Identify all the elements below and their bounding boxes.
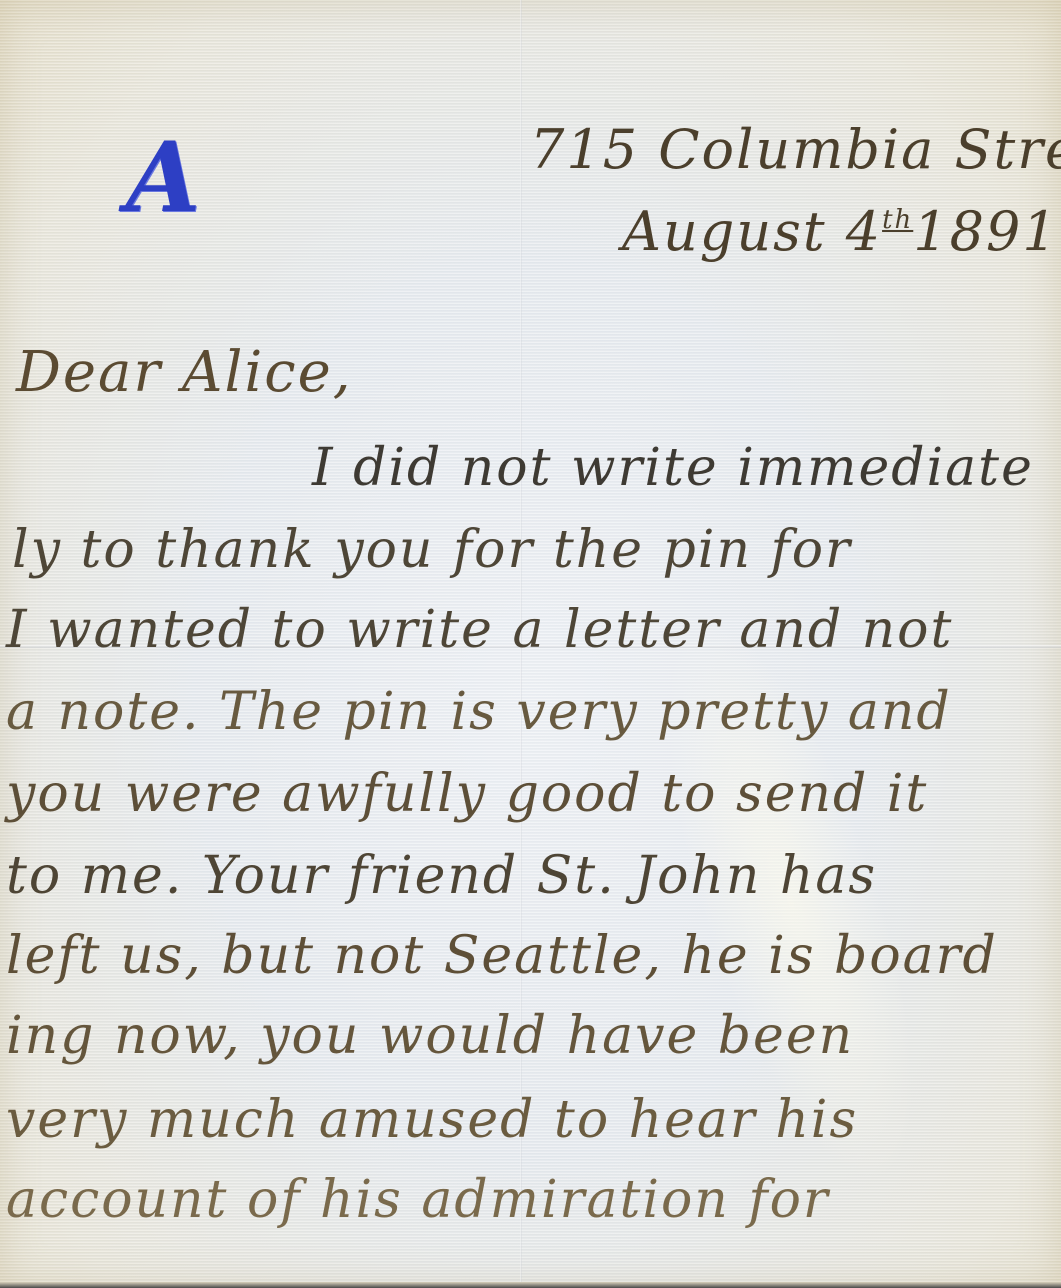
letter-address: 715 Columbia Street (530, 118, 1061, 181)
date-month-day: August 4 (622, 200, 882, 263)
body-line: you were awfully good to send it (6, 764, 928, 824)
letter-page: A 715 Columbia Street August 4th1891 Dea… (0, 0, 1061, 1288)
salutation: Dear Alice, (16, 340, 353, 405)
body-line: very much amused to hear his (6, 1090, 858, 1150)
date-suffix: th (882, 205, 913, 235)
body-line: a note. The pin is very pretty and (6, 682, 952, 742)
body-line: I wanted to write a letter and not (6, 600, 953, 660)
monogram-letter-a: A (126, 130, 200, 226)
body-line: I did not write immediate (312, 438, 1034, 498)
body-line: left us, but not Seattle, he is board (6, 926, 998, 986)
body-line: account of his admiration for (6, 1170, 830, 1230)
body-line: ing now, you would have been (6, 1006, 854, 1066)
date-year: 1891 (913, 200, 1058, 263)
body-line: to me. Your friend St. John has (6, 846, 877, 906)
letter-date: August 4th1891 (622, 200, 1059, 263)
page-bottom-edge (0, 1282, 1061, 1288)
body-line: ly to thank you for the pin for (12, 520, 852, 580)
